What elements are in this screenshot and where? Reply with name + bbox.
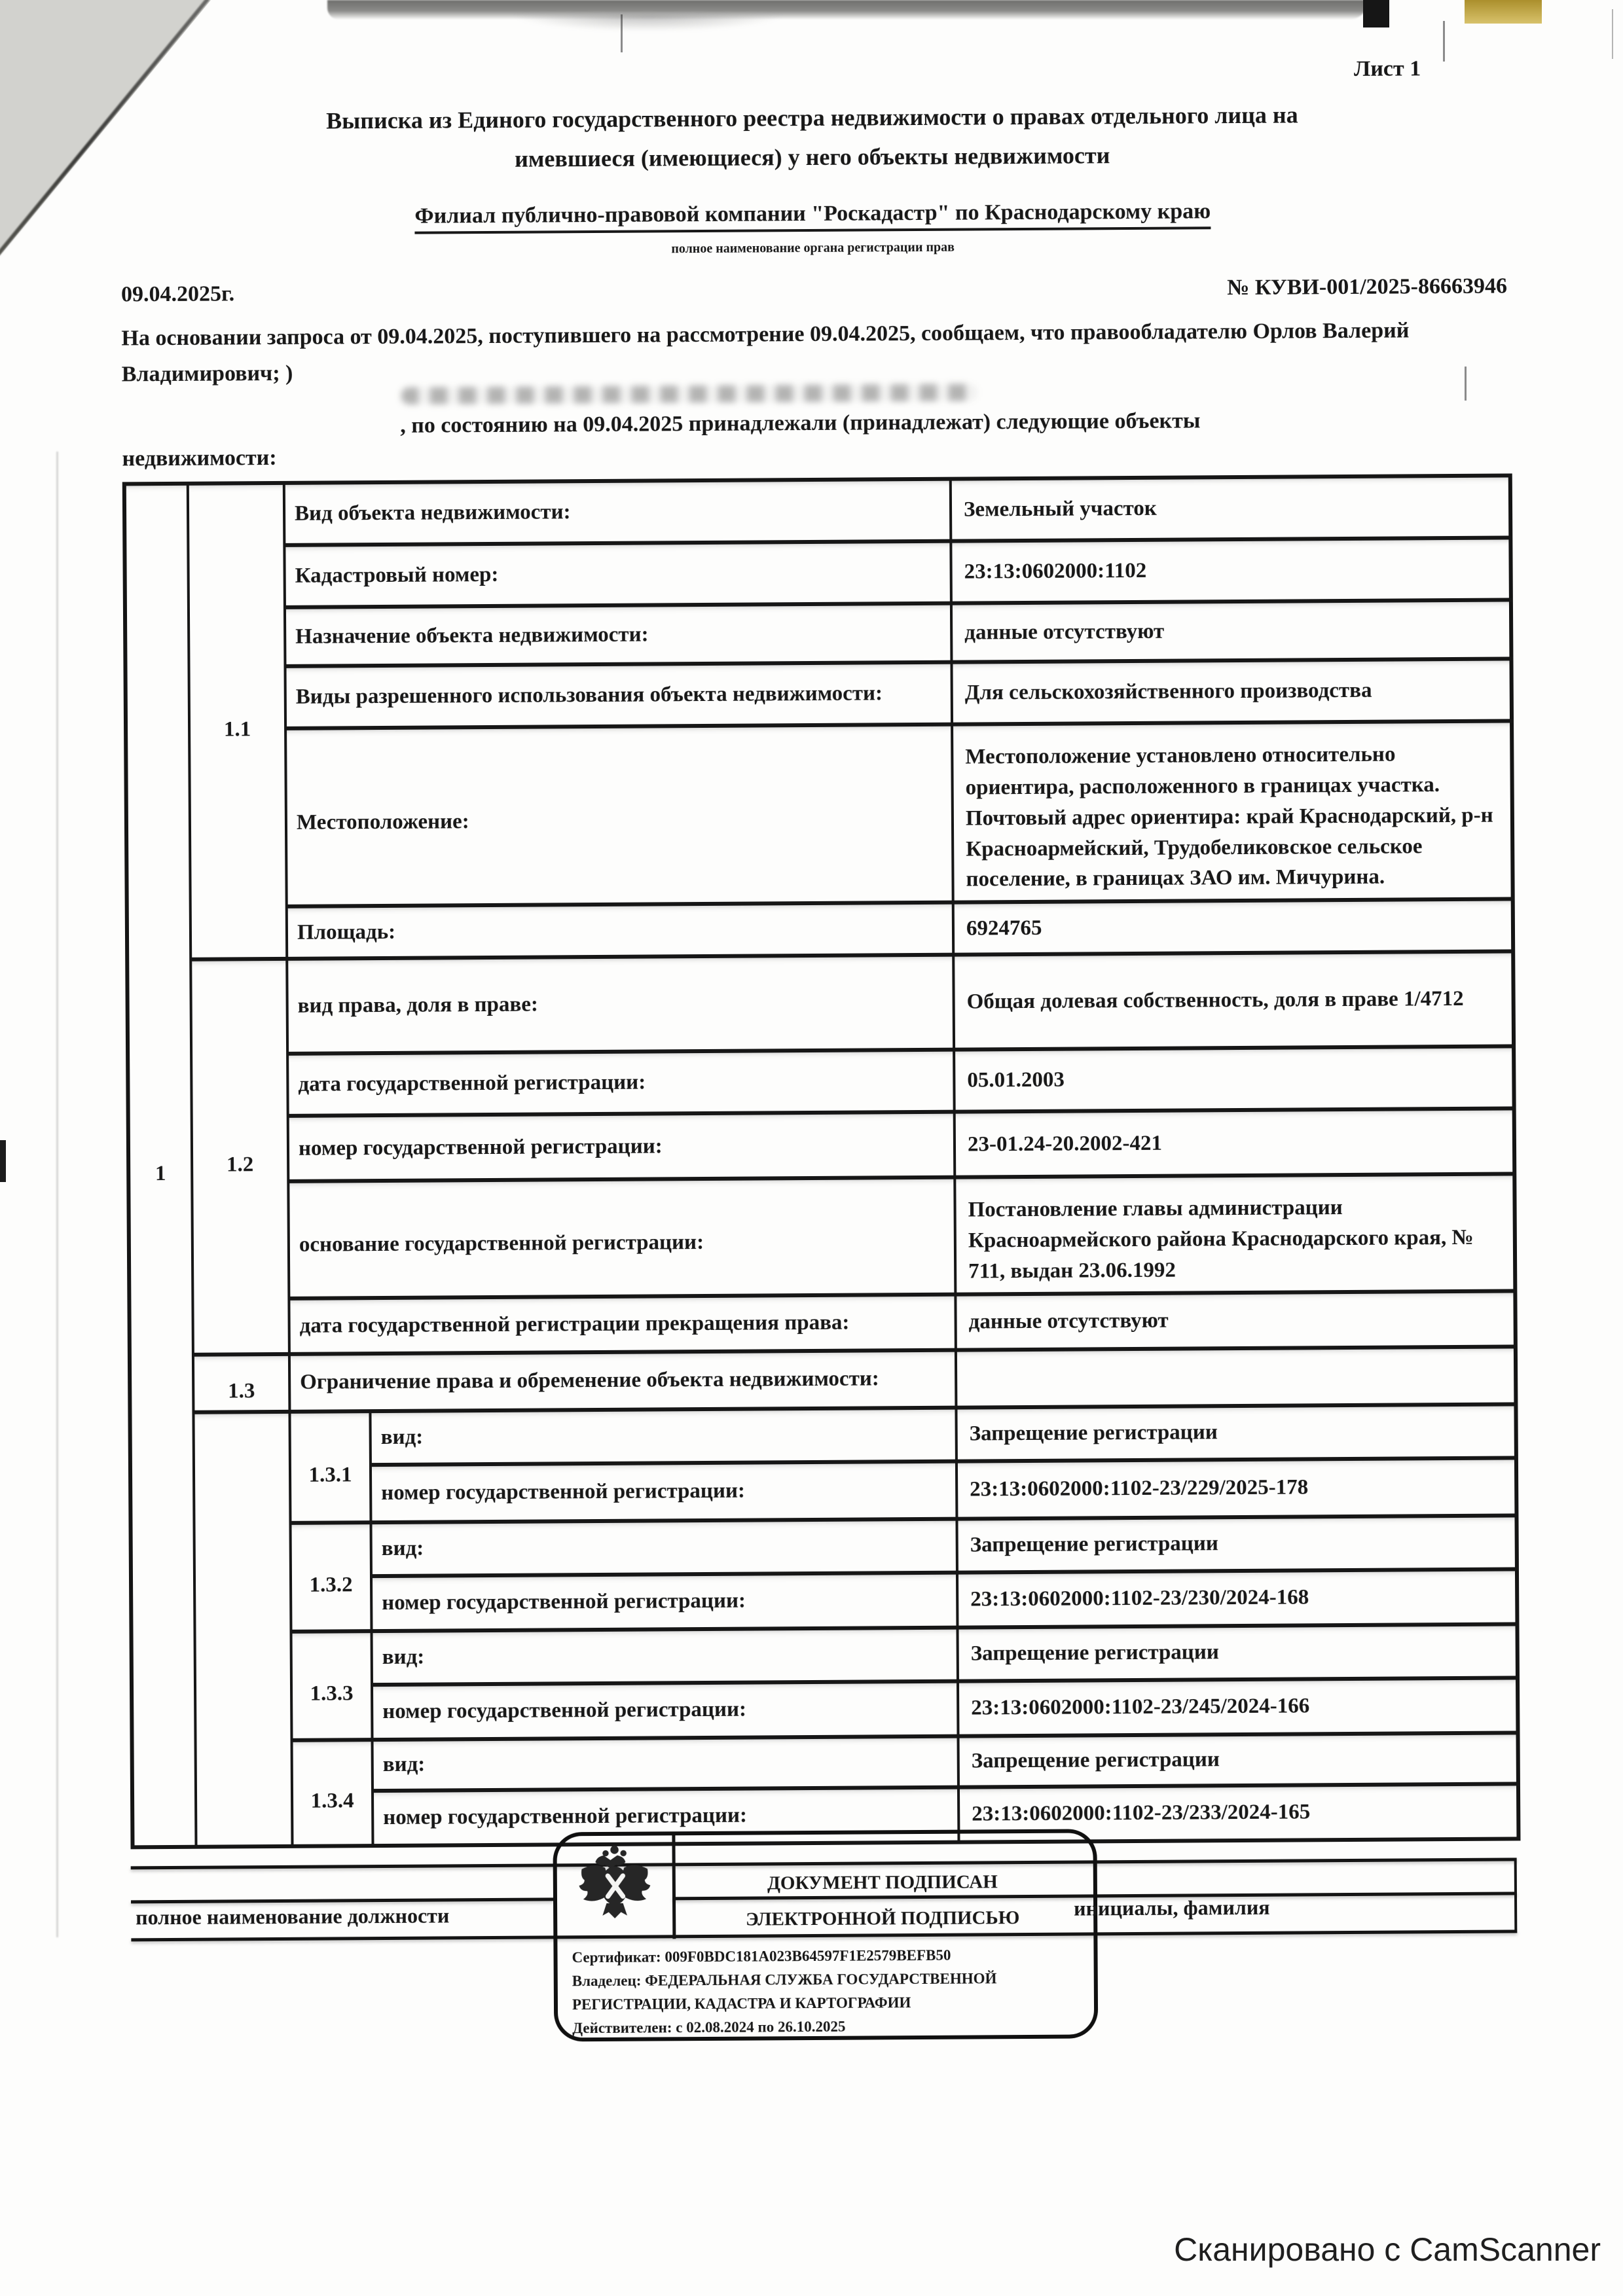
restriction-index-cell: 1.3.1 [289,1411,371,1523]
row-value-cell: 23-01.24-20.2002-421 [955,1109,1515,1177]
table-row: Местоположение: Местоположение установле… [126,721,1513,907]
row-value-cell [956,1346,1516,1407]
row-label-cell: номер государственной регистрации: [371,1462,957,1522]
row-label-cell: дата государственной регистрации прекращ… [289,1295,956,1354]
document-number: № КУВИ-001/2025-86663946 [1227,274,1507,300]
stamp-certificate: Сертификат: 009F0BDC181A023B64597F1E2579… [572,1943,1084,1969]
row-value-cell: Общая долевая собственность, доля в прав… [953,952,1514,1050]
table-row: 1.3.2 вид: Запрещение регистрации [130,1515,1516,1577]
stamp-signed-line2: ЭЛЕКТРОННОЙ ПОДПИСЬЮ [676,1899,1089,1937]
issue-date: 09.04.2025г. [121,281,234,307]
row-value-cell: Запрещение регистрации [957,1624,1517,1681]
row-label-cell: Площадь: [287,903,953,959]
table-row: дата государственной регистрации прекращ… [129,1291,1515,1355]
request-paragraph-line1: На основании запроса от 09.04.2025, пост… [121,318,1409,350]
row-value-cell: 23:13:0602000:1102-23/229/2025-178 [957,1458,1517,1518]
table-row: Кадастровый номер: 23:13:0602000:1102 [124,537,1511,608]
signature-table-border [1514,1857,1518,1933]
row-label-cell: номер государственной регистрации: [372,1681,958,1740]
row-label-cell: вид: [373,1736,958,1791]
stamp-signed-line1: ДОКУМЕНТ ПОДПИСАН [676,1865,1089,1899]
row-sub-index-cell: 1.1 [188,483,287,960]
camscanner-watermark: Сканировано с CamScanner [0,2231,1601,2269]
restriction-index-cell: 1.3.2 [290,1522,371,1632]
page-title-line1: Выписка из Единого государственного реес… [326,101,1298,134]
row-value-cell: 23:13:0602000:1102 [951,537,1511,603]
row-label-cell: Назначение объекта недвижимости: [285,603,952,666]
restriction-index-cell: 1.3.4 [292,1740,373,1846]
row-value-cell: Запрещение регистрации [956,1404,1516,1461]
position-label: полное наименование должности [136,1903,449,1929]
row-label-cell: вид: [371,1628,957,1685]
table-row: 1.3.4 вид: Запрещение регистрации [132,1732,1518,1792]
sheet-label: Лист 1 [1354,56,1421,82]
row-label-cell: вид: [370,1408,956,1465]
row-value-cell: 6924765 [953,899,1513,955]
row-label-cell: номер государственной регистрации: [371,1573,958,1631]
row-value-cell: Местоположение установлено относительно … [952,721,1513,903]
date-and-number-line: 09.04.2025г. № КУВИ-001/2025-86663946 [121,274,1507,307]
row-label-cell: Местоположение: [285,725,953,907]
row-sub-index-cell: 1.2 [191,959,289,1354]
row-label-cell: вид: [371,1519,957,1576]
row-label-cell: Вид объекта недвижимости: [284,479,951,545]
status-line-continuation: недвижимости: [122,446,276,471]
registration-authority-caption: полное наименование органа регистрации п… [158,237,1468,260]
empty-index-cell [193,1412,292,1847]
table-row: Площадь: 6924765 [127,899,1513,960]
status-line: , по состоянию на 09.04.2025 принадлежал… [400,406,1513,438]
signature-table-line [131,1897,553,1903]
stamp-details: Сертификат: 009F0BDC181A023B64597F1E2579… [572,1943,1085,2040]
stamp-validity: Действителен: с 02.08.2024 по 26.10.2025 [572,2013,1085,2040]
property-table: 1 1.1 Вид объекта недвижимости: Земельны… [122,473,1521,1849]
page-title-line2: имевшиеся (имеющиеся) у него объекты нед… [515,142,1110,172]
row-value-cell: Земельный участок [951,475,1511,541]
restriction-index-cell: 1.3.3 [291,1631,372,1740]
row-label-cell: номер государственной регистрации: [288,1112,955,1181]
row-value-cell: 23:13:0602000:1102-23/230/2024-168 [957,1569,1517,1627]
table-row: 1.3 Ограничение права и обременение объе… [130,1346,1516,1412]
row-label-cell: вид права, доля в праве: [287,955,954,1054]
scanned-document-page: Лист 1 Выписка из Единого государственно… [0,0,1623,2296]
initials-label: инициалы, фамилия [1074,1895,1270,1921]
row-value-cell: Для сельскохозяйственного производства [951,658,1512,724]
page-title: Выписка из Единого государственного реес… [157,94,1467,181]
row-label-cell: Кадастровый номер: [284,541,951,607]
table-row: основание государственной регистрации: П… [128,1174,1515,1300]
row-label-cell: Виды разрешенного использования объекта … [285,662,952,728]
row-value-cell: данные отсутствуют [951,600,1512,662]
document-content: Лист 1 Выписка из Единого государственно… [0,0,1623,2296]
row-value-cell: 05.01.2003 [954,1047,1514,1112]
row-value-cell: Запрещение регистрации [957,1515,1516,1572]
row-label-cell: дата государственной регистрации: [287,1050,955,1116]
row-value-cell: 23:13:0602000:1102-23/245/2024-166 [958,1677,1518,1736]
row-value-cell: Постановление главы администрации Красно… [955,1174,1515,1295]
table-row: 1.2 вид права, доля в праве: Общая долев… [127,952,1514,1055]
row-label-cell: Ограничение права и обременение объекта … [289,1350,957,1412]
table-row: номер государственной регистрации: 23-01… [128,1109,1515,1183]
table-row: дата государственной регистрации: 05.01.… [128,1047,1514,1117]
row-label-cell: основание государственной регистрации: [288,1177,955,1299]
request-paragraph: На основании запроса от 09.04.2025, пост… [121,312,1511,392]
row-sub-index-cell: 1.3 [193,1354,290,1412]
table-row: 1.3.3 вид: Запрещение регистрации [132,1624,1518,1686]
redacted-text-smudge [401,384,977,404]
row-index-cell: 1 [124,484,196,1847]
table-row: Виды разрешенного использования объекта … [125,658,1512,729]
row-value-cell: данные отсутствуют [955,1291,1516,1350]
table-row: 1 1.1 Вид объекта недвижимости: Земельны… [124,475,1511,546]
request-paragraph-line2: Владимирович; ) [122,361,293,387]
coat-of-arms-icon [556,1835,676,1939]
registration-authority-name: Филиал публично-правовой компании "Роска… [158,198,1467,230]
stamp-owner-line1: Владелец: ФЕДЕРАЛЬНАЯ СЛУЖБА ГОСУДАРСТВЕ… [572,1966,1085,1993]
stamp-owner-line2: РЕГИСТРАЦИИ, КАДАСТРА И КАРТОГРАФИИ [572,1990,1085,2017]
signature-stamp: ДОКУМЕНТ ПОДПИСАН ЭЛЕКТРОННОЙ ПОДПИСЬЮ С… [553,1829,1098,2041]
table-row: 1.3.1 вид: Запрещение регистрации [130,1404,1516,1466]
table-row: Назначение объекта недвижимости: данные … [125,600,1512,667]
row-value-cell: Запрещение регистрации [958,1732,1518,1787]
signature-block: полное наименование должности инициалы, … [131,1857,1518,1939]
